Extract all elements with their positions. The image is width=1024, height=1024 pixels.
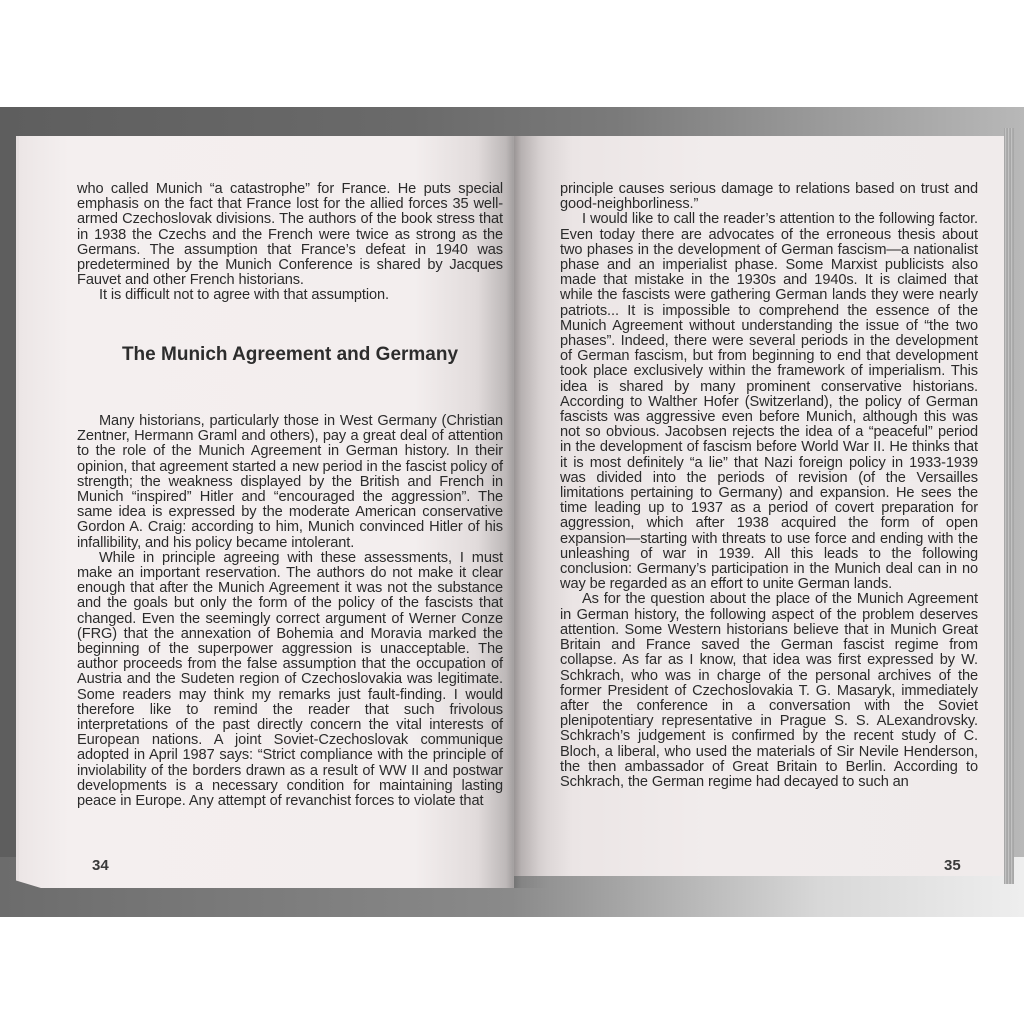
left-page-intro: who called Munich “a catastrophe” for Fr… (77, 182, 503, 304)
section-heading: The Munich Agreement and Germany (77, 344, 503, 365)
left-page-body: Many historians, particularly those in W… (77, 414, 503, 809)
paragraph: It is difficult not to agree with that a… (77, 288, 503, 303)
paragraph: Many historians, particularly those in W… (77, 414, 503, 551)
page-number-right: 35 (944, 857, 961, 874)
paragraph: As for the question about the place of t… (560, 592, 978, 790)
paragraph: While in principle agreeing with these a… (77, 551, 503, 809)
right-page-body: principle causes serious damage to relat… (560, 182, 978, 790)
paragraph: who called Munich “a catastrophe” for Fr… (77, 182, 503, 288)
paragraph: principle causes serious damage to relat… (560, 182, 978, 212)
page-number-left: 34 (92, 857, 109, 874)
paragraph: I would like to call the reader’s attent… (560, 212, 978, 592)
book-page-edges (1004, 128, 1014, 884)
